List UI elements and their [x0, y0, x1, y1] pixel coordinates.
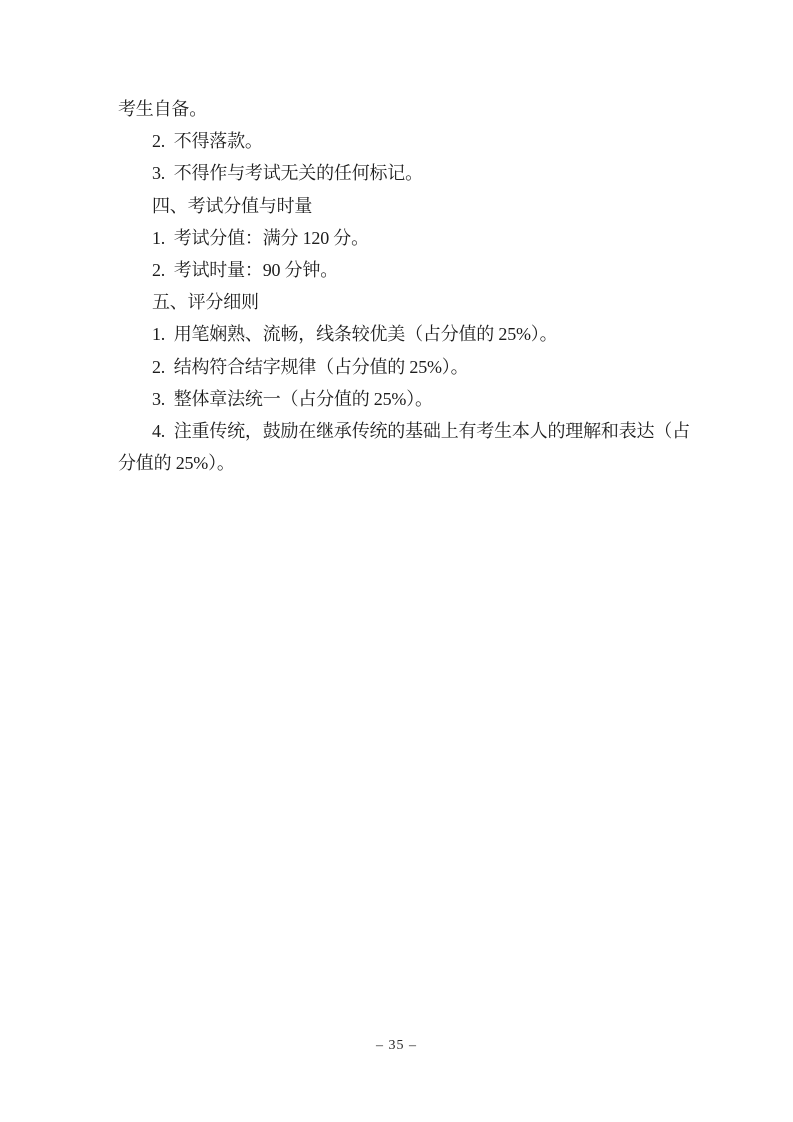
text-line: 五、评分细则 — [118, 286, 718, 318]
text-line: 考生自备。 — [118, 93, 718, 125]
text-line: 1. 考试分值：满分 120 分。 — [118, 222, 718, 254]
text-line: 4. 注重传统，鼓励在继承传统的基础上有考生本人的理解和表达（占 — [118, 415, 718, 447]
text-line: 1. 用笔娴熟、流畅，线条较优美（占分值的 25%）。 — [118, 318, 718, 350]
document-page: 考生自备。2. 不得落款。3. 不得作与考试无关的任何标记。四、考试分值与时量1… — [0, 0, 793, 1122]
text-line: 2. 不得落款。 — [118, 125, 718, 157]
page-number: – 35 – — [376, 1038, 417, 1053]
text-line: 2. 结构符合结字规律（占分值的 25%）。 — [118, 351, 718, 383]
text-line: 3. 不得作与考试无关的任何标记。 — [118, 157, 718, 189]
text-line: 2. 考试时量：90 分钟。 — [118, 254, 718, 286]
text-line: 分值的 25%）。 — [118, 447, 718, 479]
text-line: 3. 整体章法统一（占分值的 25%）。 — [118, 383, 718, 415]
text-line: 四、考试分值与时量 — [118, 190, 718, 222]
page-body: 考生自备。2. 不得落款。3. 不得作与考试无关的任何标记。四、考试分值与时量1… — [118, 93, 718, 479]
page-footer: – 35 – — [0, 1036, 793, 1054]
